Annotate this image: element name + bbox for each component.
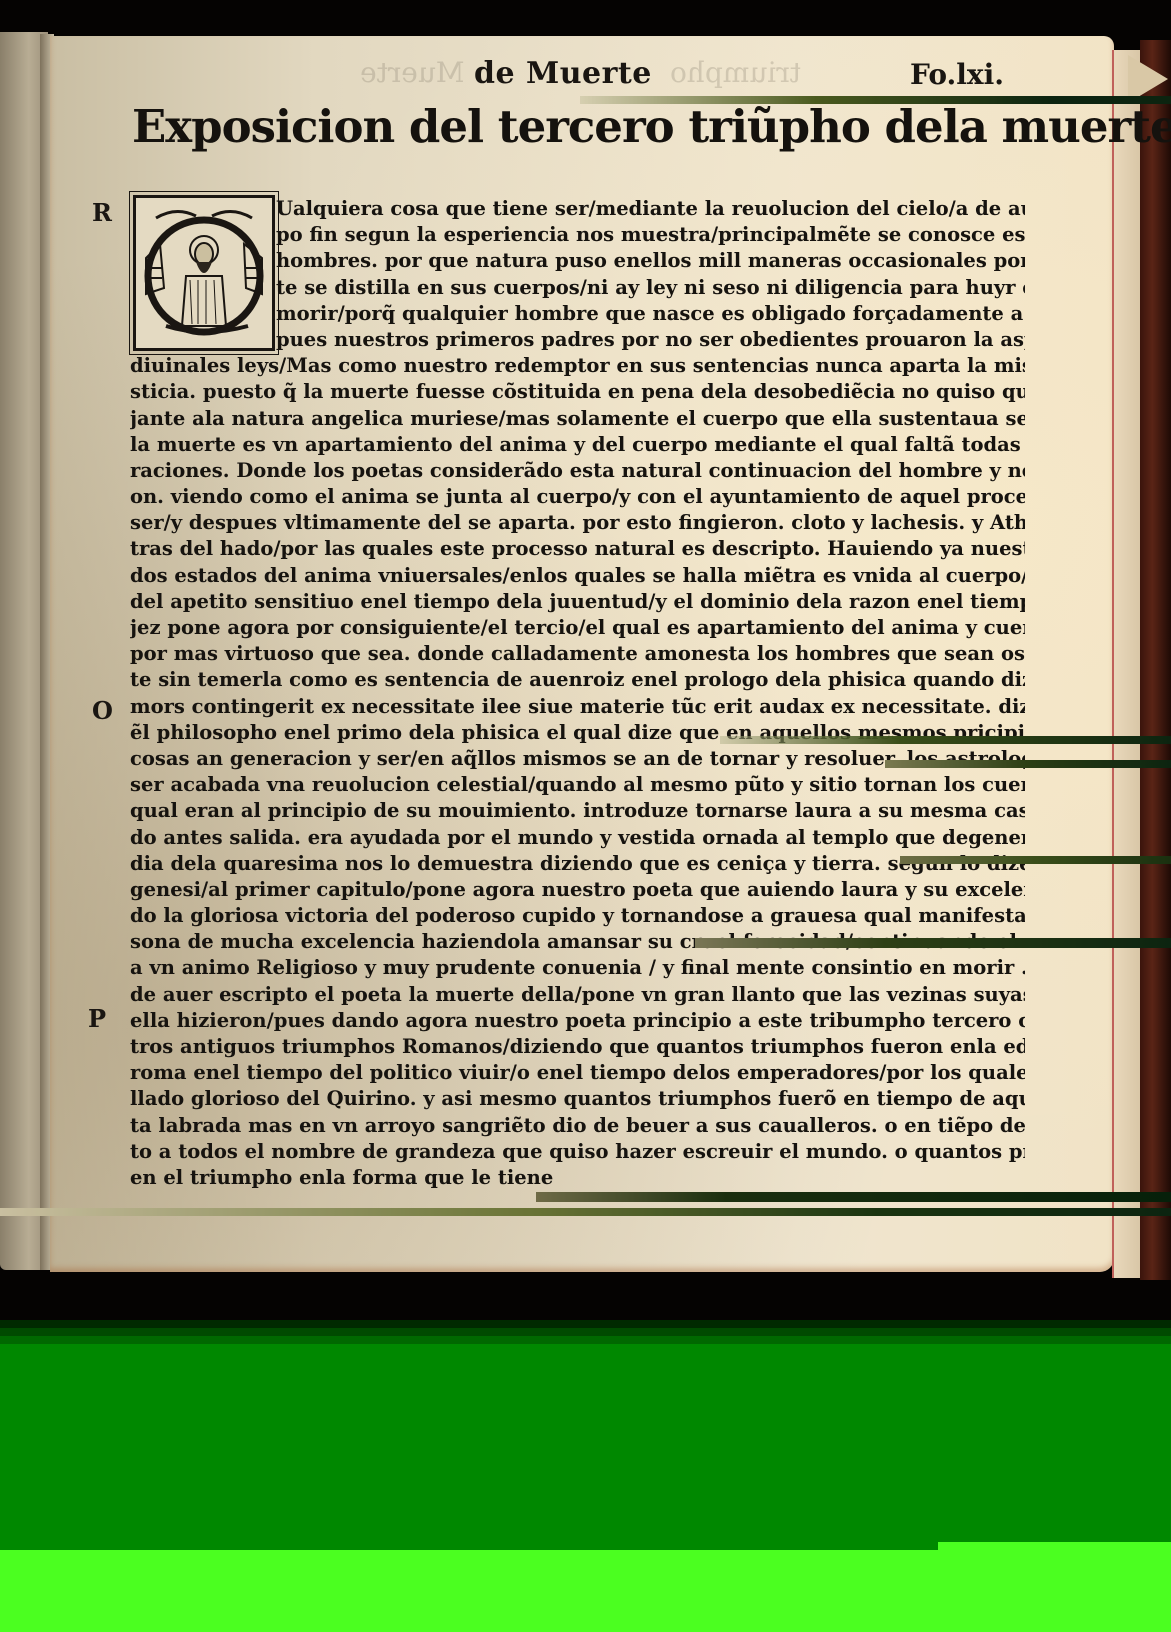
glitch-bar [580, 96, 1171, 104]
glitch-bar [0, 1208, 1171, 1216]
text-line: la muerte es vn apartamiento del anima y… [130, 432, 1025, 458]
text-line: jante ala natura angelica muriese/mas so… [130, 406, 1025, 432]
text-line: do la gloriosa victoria del poderoso cup… [130, 903, 1025, 929]
glitch-bar [536, 1192, 1171, 1202]
text-line: de auer escripto el poeta la muerte dell… [130, 982, 1025, 1008]
text-line: por mas virtuoso que sea. donde calladam… [130, 641, 1025, 667]
glitch-bar [720, 736, 1171, 744]
marginal-signature: R [92, 198, 112, 227]
text-line: ser/y despues vltimamente del se aparta.… [130, 510, 1025, 536]
glitch-bar [885, 760, 1171, 768]
text-line: te sin temerla como es sentencia de auen… [130, 667, 1025, 693]
text-line: ser acabada vna reuolucion celestial/qua… [130, 772, 1025, 798]
running-head: de Muerte [474, 56, 652, 91]
text-line: llado glorioso del Quirino. y asi mesmo … [130, 1086, 1025, 1112]
page-title: Exposicion del tercero triũpho dela muer… [132, 100, 1171, 153]
book-cover [1140, 40, 1171, 1280]
body-text: Ualquiera cosa que tiene ser/mediante la… [130, 196, 1025, 1191]
marginal-signature: O [92, 696, 113, 725]
corrupt-band-bright-green [0, 1550, 1171, 1632]
text-line: hombres. por que natura puso enellos mil… [130, 248, 1025, 274]
text-line: morir/porq̃ qualquier hombre que nasce e… [130, 301, 1025, 327]
text-line: diuinales leys/Mas como nuestro redempto… [130, 353, 1025, 379]
corrupt-band [0, 1320, 1171, 1328]
text-line: to a todos el nombre de grandeza que qui… [130, 1139, 1025, 1165]
text-line: ta labrada mas en vn arroyo sangriẽto di… [130, 1113, 1025, 1139]
text-line: po fin segun la esperiencia nos muestra/… [130, 222, 1025, 248]
marginal-signature: P [88, 1004, 106, 1033]
text-line: jez pone agora por consiguiente/el terci… [130, 615, 1025, 641]
text-line: a vn animo Religioso y muy prudente conu… [130, 955, 1025, 981]
text-line: ella hizieron/pues dando agora nuestro p… [130, 1008, 1025, 1034]
corrupt-band-step [938, 1542, 1171, 1550]
text-line: Ualquiera cosa que tiene ser/mediante la… [130, 196, 1025, 222]
text-line: dia dela quaresima nos lo demuestra dizi… [130, 851, 1025, 877]
glitch-bar [900, 856, 1171, 864]
show-through-text: triumpho [670, 56, 801, 89]
text-line: roma enel tiempo del politico viuir/o en… [130, 1060, 1025, 1086]
text-line: do antes salida. era ayudada por el mund… [130, 825, 1025, 851]
text-line: sticia. puesto q̃ la muerte fuesse cõsti… [130, 379, 1025, 405]
text-line: del apetito sensitiuo enel tiempo dela j… [130, 589, 1025, 615]
text-line: en el triumpho enla forma que le tiene [130, 1165, 1025, 1191]
text-line: tras del hado/por las quales este proces… [130, 536, 1025, 562]
folio-number: Fo.lxi. [910, 58, 1004, 91]
text-line: mors contingerit ex necessitate ilee siu… [130, 694, 1025, 720]
show-through-text: Muerte [360, 56, 464, 89]
text-line: on. viendo como el anima se junta al cue… [130, 484, 1025, 510]
text-line: qual eran al principio de su mouimiento.… [130, 798, 1025, 824]
book-scan: Muerte triumpho de Muerte Fo.lxi. Exposi… [0, 0, 1171, 1320]
text-line: raciones. Donde los poetas considerãdo e… [130, 458, 1025, 484]
text-line: genesi/al primer capitulo/pone agora nue… [130, 877, 1025, 903]
text-line: tros antiguos triumphos Romanos/diziendo… [130, 1034, 1025, 1060]
text-line: pues nuestros primeros padres por no ser… [130, 327, 1025, 353]
glitch-bar [695, 938, 1171, 948]
corrupt-band [0, 1336, 1171, 1344]
corrupt-band [0, 1328, 1171, 1336]
text-line: te se distilla en sus cuerpos/ni ay ley … [130, 275, 1025, 301]
corrupt-band-dark-green [0, 1344, 1171, 1550]
text-line: dos estados del anima vniuersales/enlos … [130, 563, 1025, 589]
